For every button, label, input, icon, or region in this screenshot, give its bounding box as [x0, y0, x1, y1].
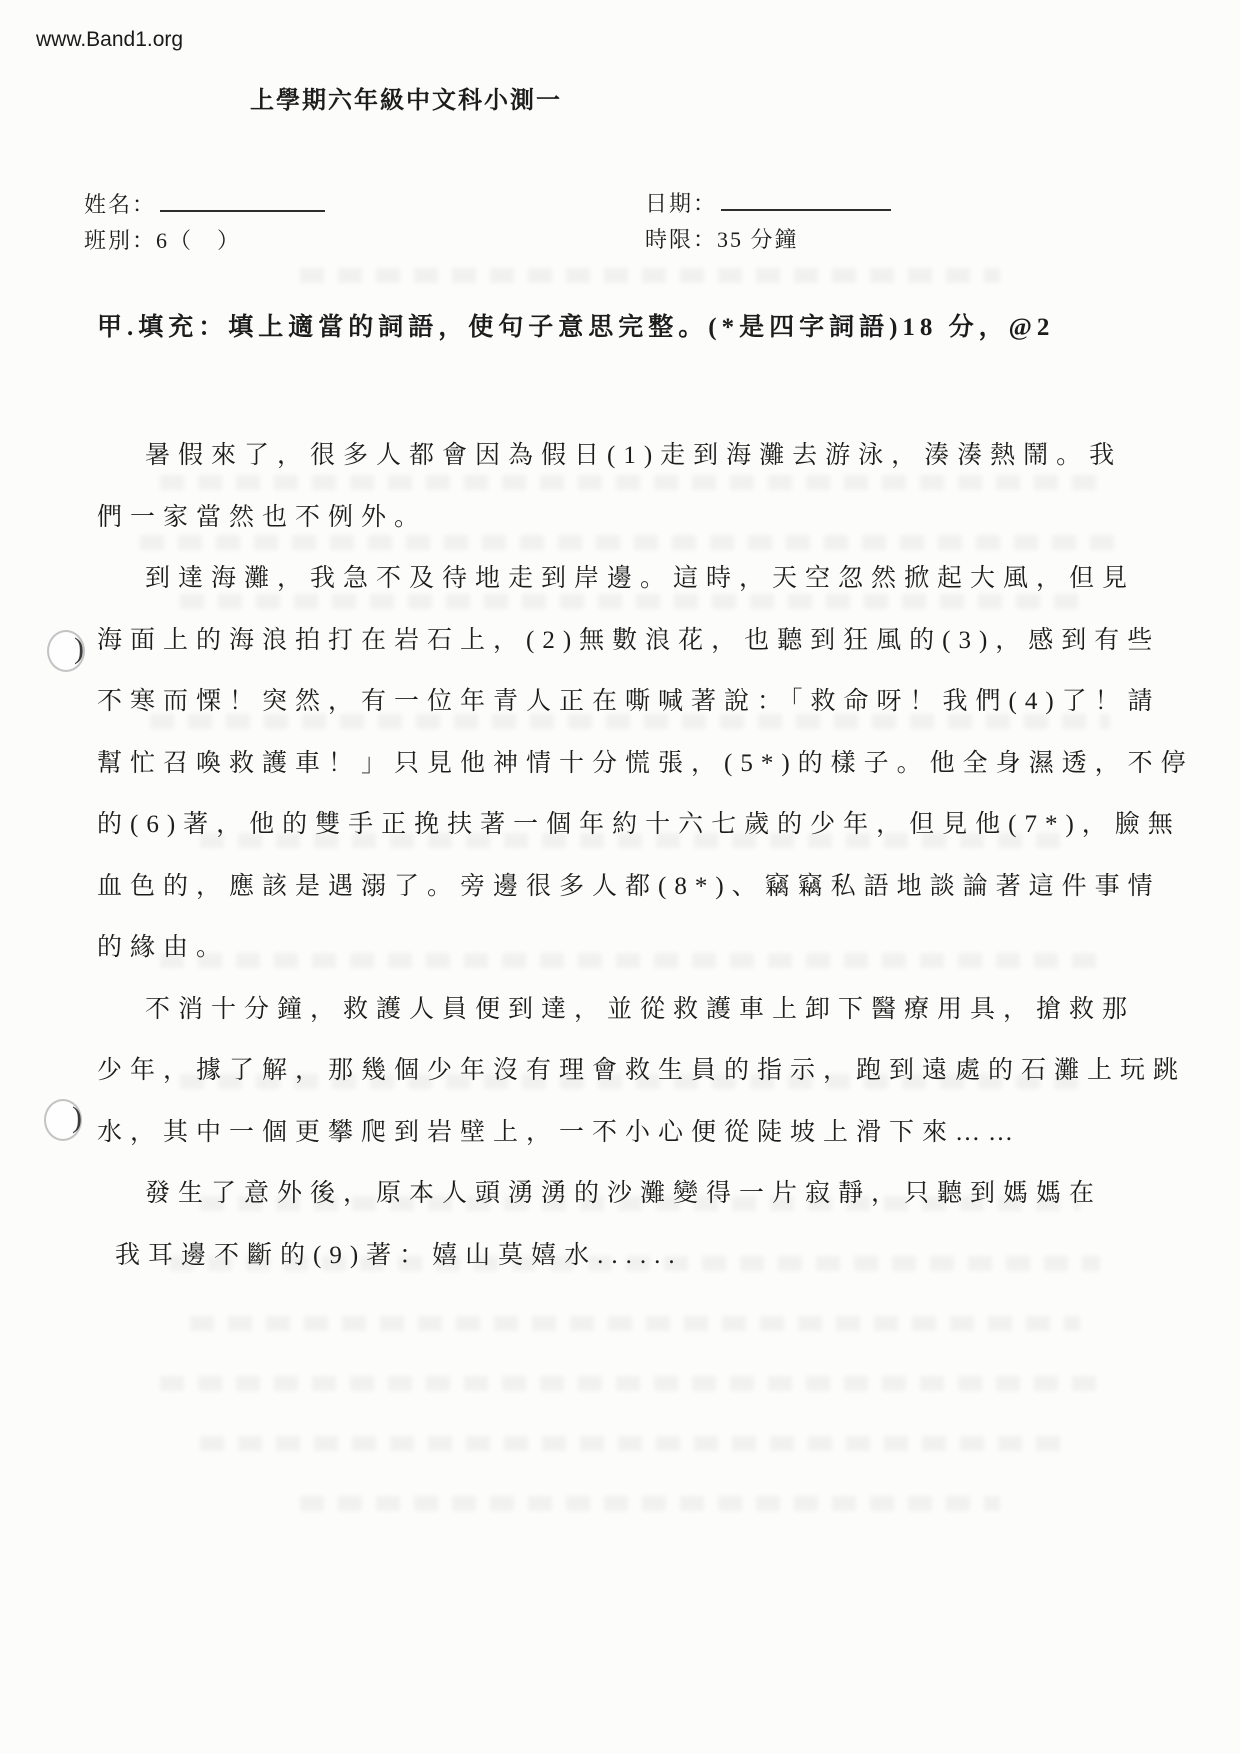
date-underline	[721, 189, 891, 211]
passage-line: 們一家當然也不例外。	[97, 487, 1187, 549]
passage-line: 發生了意外後，原本人頭湧湧的沙灘變得一片寂靜，只聽到媽媽在	[97, 1163, 1187, 1225]
passage-line: 不消十分鐘，救護人員便到達，並從救護車上卸下醫療用具，搶救那	[97, 979, 1187, 1041]
passage-line: 海面上的海浪拍打在岩石上，(2)無數浪花，也聽到狂風的(3)，感到有些	[97, 610, 1187, 672]
passage: 暑假來了，很多人都會因為假日(1)走到海灘去游泳，湊湊熱鬧。我 們一家當然也不例…	[97, 425, 1187, 1286]
hole-punch-mark-icon: )	[72, 1103, 82, 1133]
passage-line: 到達海灘，我急不及待地走到岸邊。這時，天空忽然掀起大風，但見	[97, 548, 1187, 610]
passage-line: 水，其中一個更攀爬到岩壁上，一不小心便從陡坡上滑下來……	[97, 1102, 1187, 1164]
bleedthrough-smudge	[300, 1496, 1000, 1511]
passage-line: 少年，據了解，那幾個少年沒有理會救生員的指示，跑到遠處的石灘上玩跳	[97, 1040, 1187, 1102]
class-label: 班別：6（ ）	[84, 228, 241, 253]
date-field: 日期：	[645, 189, 891, 218]
name-underline	[160, 190, 325, 212]
passage-line: 我耳邊不斷的(9)著：嬉山莫嬉水......	[97, 1225, 1187, 1287]
passage-line: 不寒而慄！突然，有一位年青人正在嘶喊著說：「救命呀！我們(4)了！請	[97, 671, 1187, 733]
passage-line: 的緣由。	[97, 917, 1187, 979]
passage-line: 暑假來了，很多人都會因為假日(1)走到海灘去游泳，湊湊熱鬧。我	[97, 425, 1187, 487]
page-title: 上學期六年級中文科小測一	[250, 84, 562, 118]
bleedthrough-smudge	[190, 1316, 1080, 1331]
scanned-test-paper: www.Band1.org 上學期六年級中文科小測一 姓名： 班別：6（ ） 日…	[0, 0, 1240, 1754]
passage-line: 幫忙召喚救護車！」只見他神情十分慌張，(5*)的樣子。他全身濕透，不停	[97, 733, 1187, 795]
class-field: 班別：6（ ）	[84, 227, 241, 255]
date-label: 日期：	[645, 191, 717, 216]
hole-punch-mark-icon: )	[74, 634, 84, 664]
time-limit-label: 時限：35 分鐘	[645, 227, 799, 252]
passage-line: 血色的，應該是遇溺了。旁邊很多人都(8*)、竊竊私語地談論著這件事情	[97, 856, 1187, 918]
bleedthrough-smudge	[160, 1376, 1100, 1391]
bleedthrough-smudge	[200, 1436, 1060, 1451]
section-heading: 甲.填充：填上適當的詞語，使句子意思完整。(*是四字詞語)18 分，@2	[97, 310, 1054, 345]
name-field: 姓名：	[84, 190, 325, 219]
watermark: www.Band1.org	[36, 28, 183, 52]
bleedthrough-smudge	[300, 268, 1000, 283]
name-label: 姓名：	[84, 192, 156, 217]
time-limit-field: 時限：35 分鐘	[645, 226, 799, 254]
passage-line: 的(6)著，他的雙手正挽扶著一個年約十六七歲的少年，但見他(7*)，臉無	[97, 794, 1187, 856]
